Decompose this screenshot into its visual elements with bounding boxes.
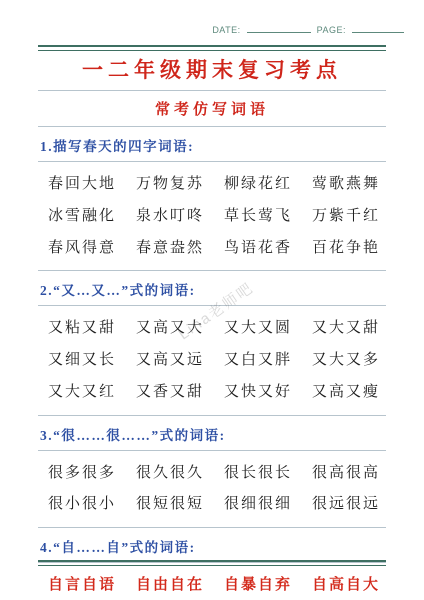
section-2-rows: 又粘又甜 又高又大 又大又圆 又大又甜 又细又长 又高又远 又白又胖 又大又多 … [0, 319, 424, 414]
word: 又快又好 [224, 383, 292, 402]
word: 自言自语 [48, 576, 116, 595]
separator [38, 126, 386, 127]
separator [38, 527, 386, 528]
word: 又高又瘦 [312, 383, 380, 402]
word: 很小很小 [48, 495, 116, 514]
word: 很多很多 [48, 464, 116, 483]
word-row: 春回大地 万物复苏 柳绿花红 莺歌燕舞 [48, 175, 380, 194]
word: 又高又远 [136, 351, 204, 370]
word: 又细又长 [48, 351, 116, 370]
separator [38, 450, 386, 451]
word-row: 冰雪融化 泉水叮咚 草长莺飞 万紫千红 [48, 207, 380, 226]
word: 莺歌燕舞 [312, 175, 380, 194]
word: 又粘又甜 [48, 319, 116, 338]
separator [38, 415, 386, 416]
page-label: PAGE: [317, 25, 346, 35]
word: 很久很久 [136, 464, 204, 483]
word-row: 又细又长 又高又远 又白又胖 又大又多 [48, 351, 380, 370]
date-label: DATE: [212, 25, 240, 35]
word: 又大又红 [48, 383, 116, 402]
word: 又高又大 [136, 319, 204, 338]
bottom-double-rule [38, 560, 386, 566]
word-row: 很小很小 很短很短 很细很细 很远很远 [48, 495, 380, 514]
word: 鸟语花香 [224, 239, 292, 258]
word: 又香又甜 [136, 383, 204, 402]
word: 很长很长 [224, 464, 292, 483]
word-row: 又粘又甜 又高又大 又大又圆 又大又甜 [48, 319, 380, 338]
page-blank-line [352, 24, 404, 33]
section-4-rows: 自言自语 自由自在 自暴自弃 自高自大 [0, 576, 424, 600]
word: 很短很短 [136, 495, 204, 514]
section-4-heading: 4.“自……自”式的词语: [40, 536, 386, 556]
word: 又大又甜 [312, 319, 380, 338]
date-blank-line [247, 24, 311, 33]
word: 百花争艳 [312, 239, 380, 258]
word: 自高自大 [312, 576, 380, 595]
word: 冰雪融化 [48, 207, 116, 226]
word: 泉水叮咚 [136, 207, 204, 226]
word: 又大又圆 [224, 319, 292, 338]
word: 很细很细 [224, 495, 292, 514]
word: 又白又胖 [224, 351, 292, 370]
word: 很远很远 [312, 495, 380, 514]
word-row: 很多很多 很久很久 很长很长 很高很高 [48, 464, 380, 483]
separator [38, 305, 386, 306]
separator [38, 270, 386, 271]
word: 春风得意 [48, 239, 116, 258]
page-subtitle: 常考仿写词语 [0, 98, 424, 119]
word-row-red: 自言自语 自由自在 自暴自弃 自高自大 [48, 576, 380, 595]
word: 自由自在 [136, 576, 204, 595]
section-3-rows: 很多很多 很久很久 很长很长 很高很高 很小很小 很短很短 很细很细 很远很远 [0, 464, 424, 528]
worksheet-page: DATE:PAGE: 一二年级期末复习考点 常考仿写词语 1.描写春天的四字词语… [0, 0, 424, 600]
word: 万紫千红 [312, 207, 380, 226]
top-double-rule [38, 45, 386, 51]
word: 自暴自弃 [224, 576, 292, 595]
word: 柳绿花红 [224, 175, 292, 194]
separator [38, 90, 386, 91]
word-row: 又大又红 又香又甜 又快又好 又高又瘦 [48, 383, 380, 402]
word: 万物复苏 [136, 175, 204, 194]
word: 春意盎然 [136, 239, 204, 258]
section-1-heading: 1.描写春天的四字词语: [40, 135, 386, 155]
page-title: 一二年级期末复习考点 [0, 58, 424, 83]
word-row: 春风得意 春意盎然 鸟语花香 百花争艳 [48, 239, 380, 258]
word: 又大又多 [312, 351, 380, 370]
section-1-rows: 春回大地 万物复苏 柳绿花红 莺歌燕舞 冰雪融化 泉水叮咚 草长莺飞 万紫千红 … [0, 175, 424, 270]
page-header: DATE:PAGE: [0, 24, 410, 35]
separator [38, 161, 386, 162]
word: 草长莺飞 [224, 207, 292, 226]
word: 春回大地 [48, 175, 116, 194]
section-3-heading: 3.“很……很……”式的词语: [40, 424, 386, 444]
section-2-heading: 2.“又…又…”式的词语: [40, 279, 386, 299]
word: 很高很高 [312, 464, 380, 483]
